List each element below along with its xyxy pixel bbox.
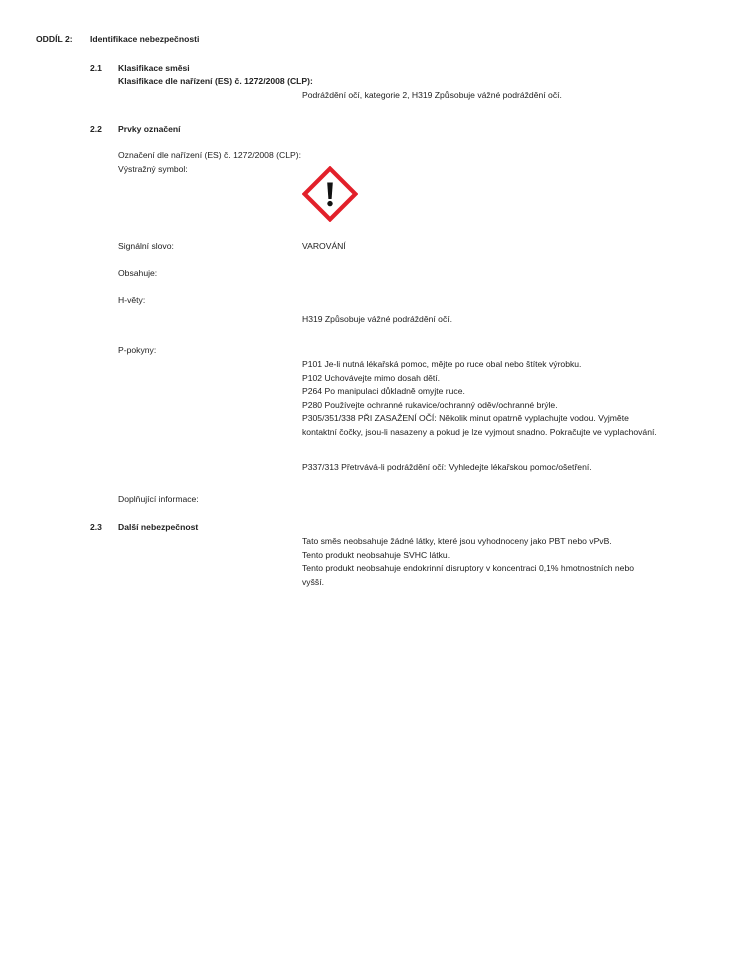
subsection-title-2-2: Prvky označení [118,124,181,134]
other-hazard-line: vyšší. [302,576,634,590]
p-statement: P280 Používejte ochranné rukavice/ochran… [302,399,657,413]
p-statement: P264 Po manipulaci důkladně omyjte ruce. [302,385,657,399]
subsection-title-2-3: Další nebezpečnost [118,522,198,532]
p-statement: P101 Je-li nutná lékařská pomoc, mějte p… [302,358,657,372]
p-statement: P305/351/338 PŘI ZASAŽENÍ OČÍ: Několik m… [302,412,657,426]
other-hazard-line: Tato směs neobsahuje žádné látky, které … [302,535,634,549]
label-additional-info: Doplňující informace: [118,494,199,504]
label-contains: Obsahuje: [118,268,157,278]
label-hazard-symbol: Výstražný symbol: [118,164,188,174]
p-statement-extra: P337/313 Přetrvává-li podráždění očí: Vy… [302,462,592,472]
other-hazard-line: Tento produkt neobsahuje SVHC látku. [302,549,634,563]
section-title: Identifikace nebezpečnosti [90,34,199,44]
exclamation-hazard-icon [302,166,358,222]
p-statements-list: P101 Je-li nutná lékařská pomoc, mějte p… [302,358,657,440]
section-number: ODDÍL 2: [36,34,73,44]
p-statement: P102 Uchovávejte mimo dosah dětí. [302,372,657,386]
subsection-title-2-1: Klasifikace směsi [118,63,190,73]
other-hazards-list: Tato směs neobsahuje žádné látky, které … [302,535,634,589]
label-signal-word: Signální slovo: [118,241,174,251]
h-statement: H319 Způsobuje vážné podráždění očí. [302,314,452,324]
p-statement: kontaktní čočky, jsou-li nasazeny a poku… [302,426,657,440]
subsection-number-2-1: 2.1 [90,63,102,73]
subsection-number-2-2: 2.2 [90,124,102,134]
classification-text: Podráždění očí, kategorie 2, H319 Způsob… [302,90,562,100]
label-p-statements: P-pokyny: [118,345,156,355]
other-hazard-line: Tento produkt neobsahuje endokrinní disr… [302,562,634,576]
signal-word: VAROVÁNÍ [302,241,346,251]
clp-classification-heading: Klasifikace dle nařízení (ES) č. 1272/20… [118,76,313,86]
subsection-number-2-3: 2.3 [90,522,102,532]
label-h-statements: H-věty: [118,295,145,305]
label-regulation: Označení dle nařízení (ES) č. 1272/2008 … [118,150,301,160]
